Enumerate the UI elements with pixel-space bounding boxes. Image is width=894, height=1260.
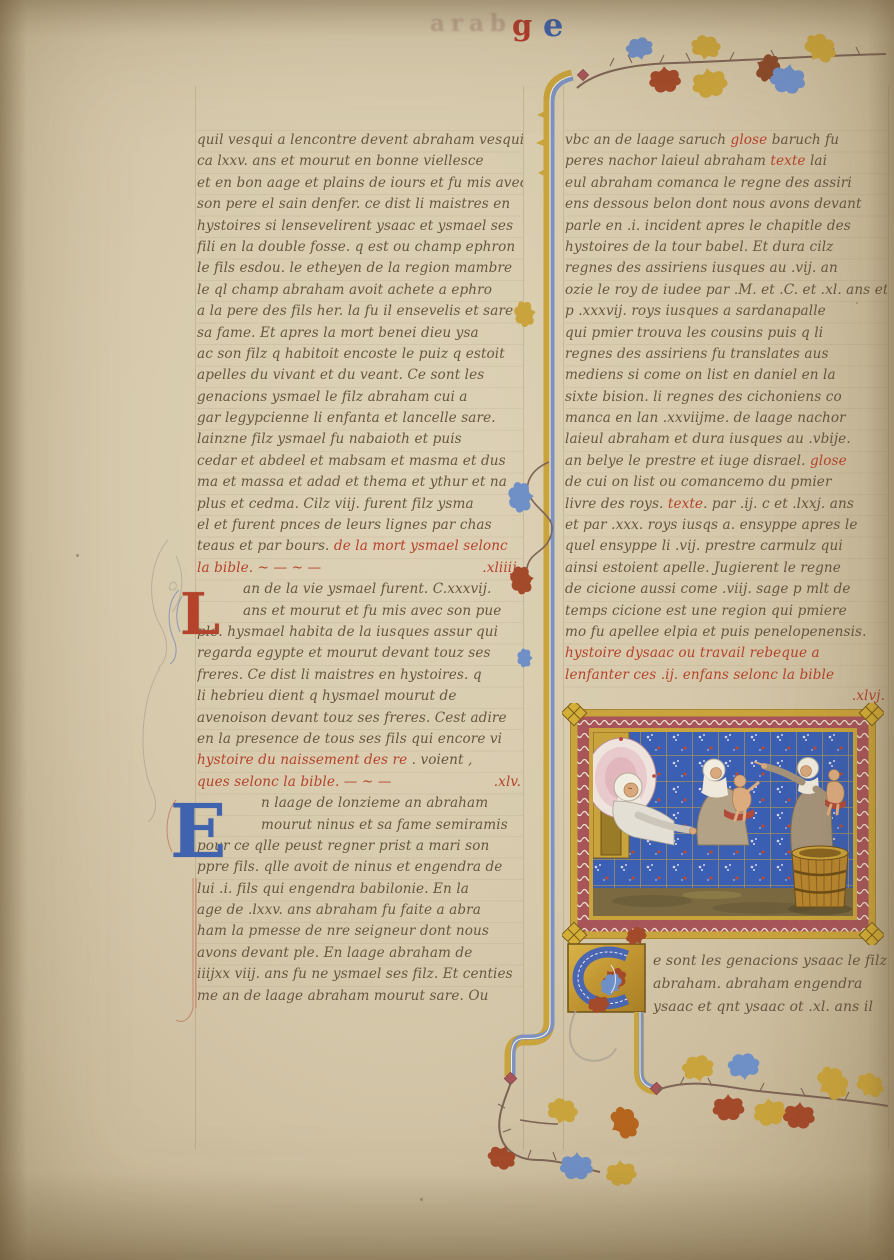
- text-line: temps cicione est une region qui pmiere: [565, 601, 887, 622]
- ruling-line: [888, 86, 889, 1150]
- body-text: gar legypcienne li enfanta et lancelle s…: [197, 410, 496, 426]
- text-line: hystoire dysaac ou travail rebeque a: [565, 643, 887, 664]
- text-line: hystoires de la tour babel. Et dura cilz: [565, 237, 887, 258]
- body-text: mourut ninus et sa fame semiramis: [261, 817, 508, 833]
- body-text: lainzne filz ysmael fu nabaioth et puis: [197, 431, 462, 447]
- rubric-text: texte: [668, 496, 703, 512]
- text-line: el et furent pnces de leurs lignes par c…: [197, 515, 523, 536]
- body-text: cedar et abdeel et mabsam et masma et du…: [197, 453, 506, 469]
- text-line: an belye le prestre et iuge disrael. glo…: [565, 451, 887, 472]
- body-text: apelles du vivant et du veant. Ce sont l…: [197, 367, 484, 383]
- body-text: abraham. abraham engendra: [653, 976, 862, 992]
- body-text: teaus et par bours.: [197, 538, 334, 554]
- text-line: lenfanter ces .ij. enfans selonc la bibl…: [565, 665, 887, 686]
- body-text: me an de laage abraham mourut sare. Ou: [197, 988, 488, 1004]
- rubric-text: ques selonc la bible. — ~ —: [197, 774, 392, 790]
- body-text: le fils esdou. le etheyen de la region m…: [197, 260, 512, 276]
- body-text: eul abraham comanca le regne des assiri: [565, 175, 852, 191]
- body-text: regarda egypte et mourut devant touz ses: [197, 645, 491, 661]
- text-line: a la pere des fils her. la fu il ensevel…: [197, 301, 523, 322]
- body-text: et en bon aage et plains de iours et fu …: [197, 175, 523, 191]
- body-text: mediens si come on list en daniel en la: [565, 367, 836, 383]
- text-line: vbc an de laage saruch glose baruch fu: [565, 130, 887, 151]
- body-text: le ql champ abraham avoit achete a ephro: [197, 282, 492, 298]
- text-line: avenoison devant touz ses freres. Cest a…: [197, 708, 523, 729]
- text-line: manca en lan .xxviijme. de laage nachor: [565, 408, 887, 429]
- text-line: avons devant ple. En laage abraham de: [197, 943, 523, 964]
- stain-speck: [856, 302, 858, 304]
- body-text: e sont les genacions ysaac le filz: [653, 953, 887, 969]
- ruling-line: [523, 86, 524, 1150]
- text-line: ham la pmesse de nre seigneur dont nous: [197, 921, 523, 942]
- stain-speck: [76, 554, 79, 557]
- text-line: an de la vie ysmael furent. C.xxxvij.: [197, 579, 523, 600]
- body-text: laieul abraham et dura iusques au .vbije…: [565, 431, 851, 447]
- text-line: le ql champ abraham avoit achete a ephro: [197, 280, 523, 301]
- initial-L-red: L: [180, 582, 236, 656]
- body-text: mo fu apellee elpia et puis penelopenens…: [565, 624, 867, 640]
- rubric-text: glose: [810, 453, 847, 469]
- body-text: temps cicione est une region qui pmiere: [565, 603, 847, 619]
- text-line: regnes des assiriens iusques au .vij. an: [565, 258, 887, 279]
- body-text: sixte bision. li regnes des cichoniens c…: [565, 389, 842, 405]
- initial-letter: L: [180, 581, 220, 648]
- text-line: ysaac et qnt ysaac ot .xl. ans il: [653, 996, 887, 1019]
- body-text: ac son filz q habitoit encoste le puiz q…: [197, 346, 505, 362]
- ruling-line: [563, 86, 564, 1150]
- body-text: ham la pmesse de nre seigneur dont nous: [197, 923, 489, 939]
- text-line: gar legypcienne li enfanta et lancelle s…: [197, 408, 523, 429]
- body-text: p .xxxvij. roys iusques a sardanapalle: [565, 303, 826, 319]
- text-line: la bible. ~ — ~ —.xliiij.: [197, 558, 523, 579]
- text-line: p .xxxvij. roys iusques a sardanapalle: [565, 301, 887, 322]
- text-line: plus et cedma. Cilz viij. furent filz ys…: [197, 494, 523, 515]
- text-line: ainsi estoient apelle. Jugierent le regn…: [565, 558, 887, 579]
- text-line: ac son filz q habitoit encoste le puiz q…: [197, 344, 523, 365]
- rubric-text: glose: [731, 132, 768, 148]
- rubric-text: lenfanter ces .ij. enfans selonc la bibl…: [565, 667, 834, 683]
- body-text: ysaac et qnt ysaac ot .xl. ans il: [653, 999, 873, 1015]
- body-text: fili en la double fosse. q est ou champ …: [197, 239, 515, 255]
- body-text: . voient ,: [407, 752, 472, 768]
- text-line: ple. hysmael habita de la iusques assur …: [197, 622, 523, 643]
- text-line: ens dessous belon dont nous avons devant: [565, 194, 887, 215]
- body-text: genacions ysmael le filz abraham cui a: [197, 389, 468, 405]
- text-line: ques selonc la bible. — ~ —.xlv.: [197, 772, 523, 793]
- body-text: iiijxx viij. ans fu ne ysmael ses filz. …: [197, 966, 513, 982]
- body-text: de cui on list ou comancemo du pmier: [565, 474, 832, 490]
- body-text: an belye le prestre et iuge disrael.: [565, 453, 810, 469]
- text-line: ozie le roy de iudee par .M. et .C. et .…: [565, 280, 887, 301]
- wooden-tub: [788, 846, 852, 915]
- header-letter-blue: e: [543, 6, 563, 44]
- text-line: ca lxxv. ans et mourut en bonne viellesc…: [197, 151, 523, 172]
- body-text: avenoison devant touz ses freres. Cest a…: [197, 710, 507, 726]
- text-line: mediens si come on list en daniel en la: [565, 365, 887, 386]
- text-line: cedar et abdeel et mabsam et masma et du…: [197, 451, 523, 472]
- body-text: quel ensyppe li .vij. prestre carmulz qu…: [565, 538, 843, 554]
- body-text: lai: [806, 153, 828, 169]
- text-line: freres. Ce dist li maistres en hystoires…: [197, 665, 523, 686]
- bottom-right-text-block: e sont les genacions ysaac le filzabraha…: [653, 950, 887, 1019]
- text-line: et en bon aage et plains de iours et fu …: [197, 173, 523, 194]
- initial-C-illuminated: [567, 943, 646, 1013]
- text-line: hystoire du naissement des re . voient ,: [197, 750, 523, 771]
- text-line: me an de laage abraham mourut sare. Ou: [197, 986, 523, 1007]
- body-text: avons devant ple. En laage abraham de: [197, 945, 472, 961]
- text-line: apelles du vivant et du veant. Ce sont l…: [197, 365, 523, 386]
- right-text-column: vbc an de laage saruch glose baruch fupe…: [565, 130, 887, 708]
- text-line: quel ensyppe li .vij. prestre carmulz qu…: [565, 536, 887, 557]
- text-line: eul abraham comanca le regne des assiri: [565, 173, 887, 194]
- initial-C-artwork: [567, 943, 646, 1013]
- body-text: de cicione aussi come .viij. sage p mlt …: [565, 581, 851, 597]
- text-line: qui pmier trouva les cousins puis q li: [565, 323, 887, 344]
- body-text: ainsi estoient apelle. Jugierent le regn…: [565, 560, 841, 576]
- rubric-text: texte: [770, 153, 805, 169]
- body-text: ens dessous belon dont nous avons devant: [565, 196, 862, 212]
- body-text: qui pmier trouva les cousins puis q li: [565, 325, 823, 341]
- text-line: mo fu apellee elpia et puis penelopenens…: [565, 622, 887, 643]
- text-line: et par .xxx. roys iusqs a. ensyppe apres…: [565, 515, 887, 536]
- body-text: hystoires de la tour babel. Et dura cilz: [565, 239, 833, 255]
- body-text: ple. hysmael habita de la iusques assur …: [197, 624, 498, 640]
- text-line: laieul abraham et dura iusques au .vbije…: [565, 429, 887, 450]
- body-text: en la presence de tous ses fils qui enco…: [197, 731, 502, 747]
- body-text: regnes des assiriens fu translates aus: [565, 346, 829, 362]
- body-text: a la pere des fils her. la fu il ensevel…: [197, 303, 513, 319]
- body-text: vbc an de laage saruch: [565, 132, 731, 148]
- body-text: freres. Ce dist li maistres en hystoires…: [197, 667, 482, 683]
- body-text: el et furent pnces de leurs lignes par c…: [197, 517, 492, 533]
- text-line: genacions ysmael le filz abraham cui a: [197, 387, 523, 408]
- body-text: manca en lan .xxviijme. de laage nachor: [565, 410, 846, 426]
- text-line: age de .lxxv. ans abraham fu faite a abr…: [197, 900, 523, 921]
- body-text: . par .ij. c et .lxxj. ans: [703, 496, 854, 512]
- text-line: peres nachor laieul abraham texte lai: [565, 151, 887, 172]
- initial-letter: E: [170, 789, 226, 875]
- miniature-birth-scene: [562, 703, 884, 945]
- body-text: ma et massa et adad et thema et ythur et…: [197, 474, 507, 490]
- body-text: regnes des assiriens iusques au .vij. an: [565, 260, 838, 276]
- rubric-text: .xliiij.: [482, 558, 521, 579]
- body-text: n laage de lonzieme an abraham: [261, 795, 488, 811]
- text-line: ma et massa et adad et thema et ythur et…: [197, 472, 523, 493]
- text-line: fili en la double fosse. q est ou champ …: [197, 237, 523, 258]
- body-text: baruch fu: [767, 132, 839, 148]
- header-letter-red: g: [512, 8, 532, 42]
- text-line: regnes des assiriens fu translates aus: [565, 344, 887, 365]
- text-line: iiijxx viij. ans fu ne ysmael ses filz. …: [197, 964, 523, 985]
- body-text: an de la vie ysmael furent. C.xxxvij.: [243, 581, 491, 597]
- text-line: quil vesqui a lencontre devent abraham v…: [197, 130, 523, 151]
- text-line: abraham. abraham engendra: [653, 973, 887, 996]
- body-text: quil vesqui a lencontre devent abraham v…: [197, 132, 523, 148]
- body-text: plus et cedma. Cilz viij. furent filz ys…: [197, 496, 474, 512]
- text-line: regarda egypte et mourut devant touz ses: [197, 643, 523, 664]
- body-text: son pere el sain denfer. ce dist li mais…: [197, 196, 510, 212]
- body-text: ca lxxv. ans et mourut en bonne viellesc…: [197, 153, 484, 169]
- initial-E-blue: E: [170, 792, 248, 882]
- text-line: sixte bision. li regnes des cichoniens c…: [565, 387, 887, 408]
- text-line: le fils esdou. le etheyen de la region m…: [197, 258, 523, 279]
- rubric-text: hystoire dysaac ou travail rebeque a: [565, 645, 820, 661]
- body-text: ans et mourut et fu mis avec son pue: [243, 603, 501, 619]
- text-line: sa fame. Et apres la mort benei dieu ysa: [197, 323, 523, 344]
- text-line: livre des roys. texte. par .ij. c et .lx…: [565, 494, 887, 515]
- text-line: lainzne filz ysmael fu nabaioth et puis: [197, 429, 523, 450]
- text-line: teaus et par bours. de la mort ysmael se…: [197, 536, 523, 557]
- body-text: lui .i. fils qui engendra babilonie. En …: [197, 881, 469, 897]
- text-line: parle en .i. incident apres le chapitle …: [565, 216, 887, 237]
- body-text: age de .lxxv. ans abraham fu faite a abr…: [197, 902, 481, 918]
- rubric-text: de la mort ysmael selonc: [334, 538, 508, 554]
- body-text: li hebrieu dient q hysmael mourut de: [197, 688, 456, 704]
- running-header: arab g e: [0, 0, 894, 50]
- rubric-text: hystoire du naissement des re: [197, 752, 407, 768]
- text-line: li hebrieu dient q hysmael mourut de: [197, 686, 523, 707]
- showthrough-text: arab: [430, 10, 512, 37]
- body-text: sa fame. Et apres la mort benei dieu ysa: [197, 325, 479, 341]
- body-text: peres nachor laieul abraham: [565, 153, 770, 169]
- text-line: de cicione aussi come .viij. sage p mlt …: [565, 579, 887, 600]
- text-line: ans et mourut et fu mis avec son pue: [197, 601, 523, 622]
- stain-speck: [420, 1198, 423, 1201]
- text-line: en la presence de tous ses fils qui enco…: [197, 729, 523, 750]
- rubric-text: la bible. ~ — ~ —: [197, 560, 321, 576]
- body-text: et par .xxx. roys iusqs a. ensyppe apres…: [565, 517, 857, 533]
- body-text: ozie le roy de iudee par .M. et .C. et .…: [565, 282, 887, 298]
- body-text: parle en .i. incident apres le chapitle …: [565, 218, 851, 234]
- body-text: livre des roys.: [565, 496, 668, 512]
- text-line: hystoires si lensevelirent ysaac et ysma…: [197, 216, 523, 237]
- text-line: de cui on list ou comancemo du pmier: [565, 472, 887, 493]
- body-text: hystoires si lensevelirent ysaac et ysma…: [197, 218, 513, 234]
- text-line: son pere el sain denfer. ce dist li mais…: [197, 194, 523, 215]
- text-line: e sont les genacions ysaac le filz: [653, 950, 887, 973]
- rubric-text: .xlv.: [494, 772, 521, 793]
